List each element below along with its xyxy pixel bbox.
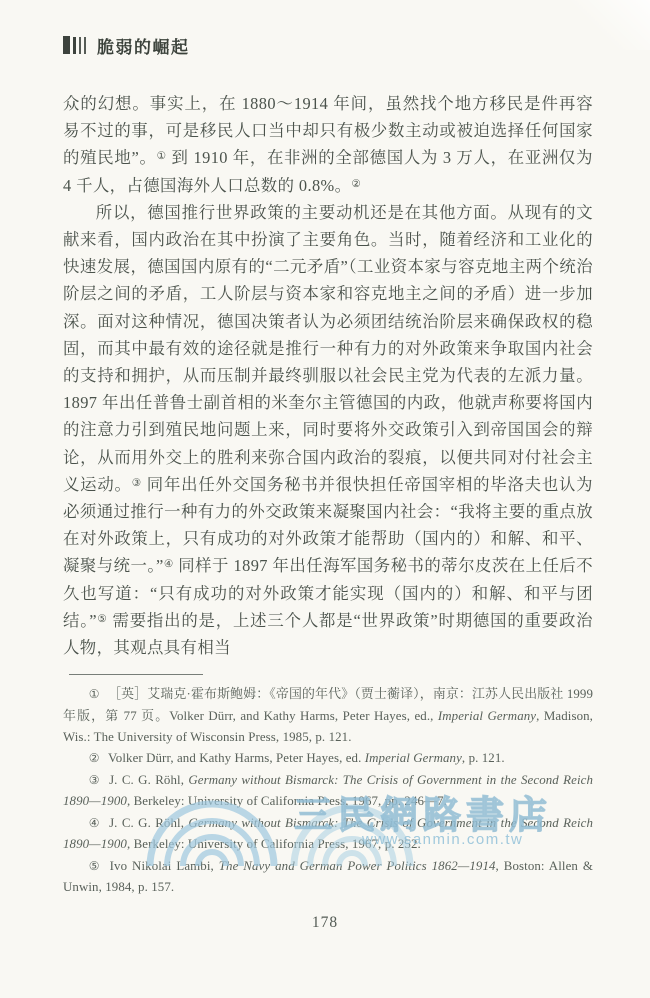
footnote-marker: ① <box>89 687 100 701</box>
footnote: ⑤Ivo Nikolai Lambi, The Navy and German … <box>63 856 593 899</box>
footnote: ③J. C. G. Röhl, Germany without Bismarck… <box>63 770 593 813</box>
text-run: , Berkeley: University of California Pre… <box>127 794 447 808</box>
text-run: J. C. G. Röhl, <box>109 773 188 787</box>
footnotes: ①［英］艾瑞克·霍布斯鲍姆：《帝国的年代》（贾士蘅译），南京：江苏人民出版社 1… <box>63 684 593 898</box>
chapter-header: 脆弱的崛起 <box>63 34 593 56</box>
footnote-ref: ② <box>351 179 361 190</box>
text-run: 所以，德国推行世界政策的主要动机还是在其他方面。从现有的文献来看，国内政治在其中… <box>63 203 593 494</box>
page-number: 178 <box>0 914 650 932</box>
text-run: J. C. G. Röhl, <box>109 816 188 830</box>
footnote: ②Volker Dürr, and Kathy Harms, Peter Hay… <box>63 748 593 769</box>
book-page: 脆弱的崛起 众的幻想。事实上，在 1880～1914 年间，虽然找个地方移民是件… <box>0 0 650 998</box>
footnote-marker: ③ <box>89 773 101 787</box>
body-text: 众的幻想。事实上，在 1880～1914 年间，虽然找个地方移民是件再容易不过的… <box>63 90 593 661</box>
footnote-ref: ① <box>157 151 167 162</box>
text-run: 需要指出的是，上述三个人都是“世界政策”时期德国的重要政治人物，其观点具有相当 <box>63 611 593 657</box>
text-run: Ivo Nikolai Lambi, <box>110 859 219 873</box>
footnote: ④J. C. G. Röhl, Germany without Bismarck… <box>63 813 593 856</box>
footnote-ref: ③ <box>132 478 142 489</box>
book-title: Imperial Germany <box>365 751 462 765</box>
footnote-separator <box>69 674 203 675</box>
footnote-ref: ④ <box>164 559 174 570</box>
footnote-ref: ⑤ <box>97 614 108 625</box>
text-run: Volker Dürr, and Kathy Harms, Peter Haye… <box>108 751 365 765</box>
book-title: The Navy and German Power Politics 1862—… <box>219 859 496 873</box>
text-run: , p. 121. <box>462 751 505 765</box>
text-run: , Berkeley: University of California Pre… <box>127 837 421 851</box>
chapter-title: 脆弱的崛起 <box>97 33 190 58</box>
book-title: Imperial Germany <box>438 709 536 723</box>
paragraph: 众的幻想。事实上，在 1880～1914 年间，虽然找个地方移民是件再容易不过的… <box>63 90 593 199</box>
footnote-marker: ② <box>89 751 100 765</box>
footnote: ①［英］艾瑞克·霍布斯鲍姆：《帝国的年代》（贾士蘅译），南京：江苏人民出版社 1… <box>63 684 593 748</box>
paragraph: 所以，德国推行世界政策的主要动机还是在其他方面。从现有的文献来看，国内政治在其中… <box>63 199 593 661</box>
chapter-bars-icon <box>63 36 86 54</box>
footnote-marker: ⑤ <box>89 859 101 873</box>
footnote-marker: ④ <box>89 816 101 830</box>
